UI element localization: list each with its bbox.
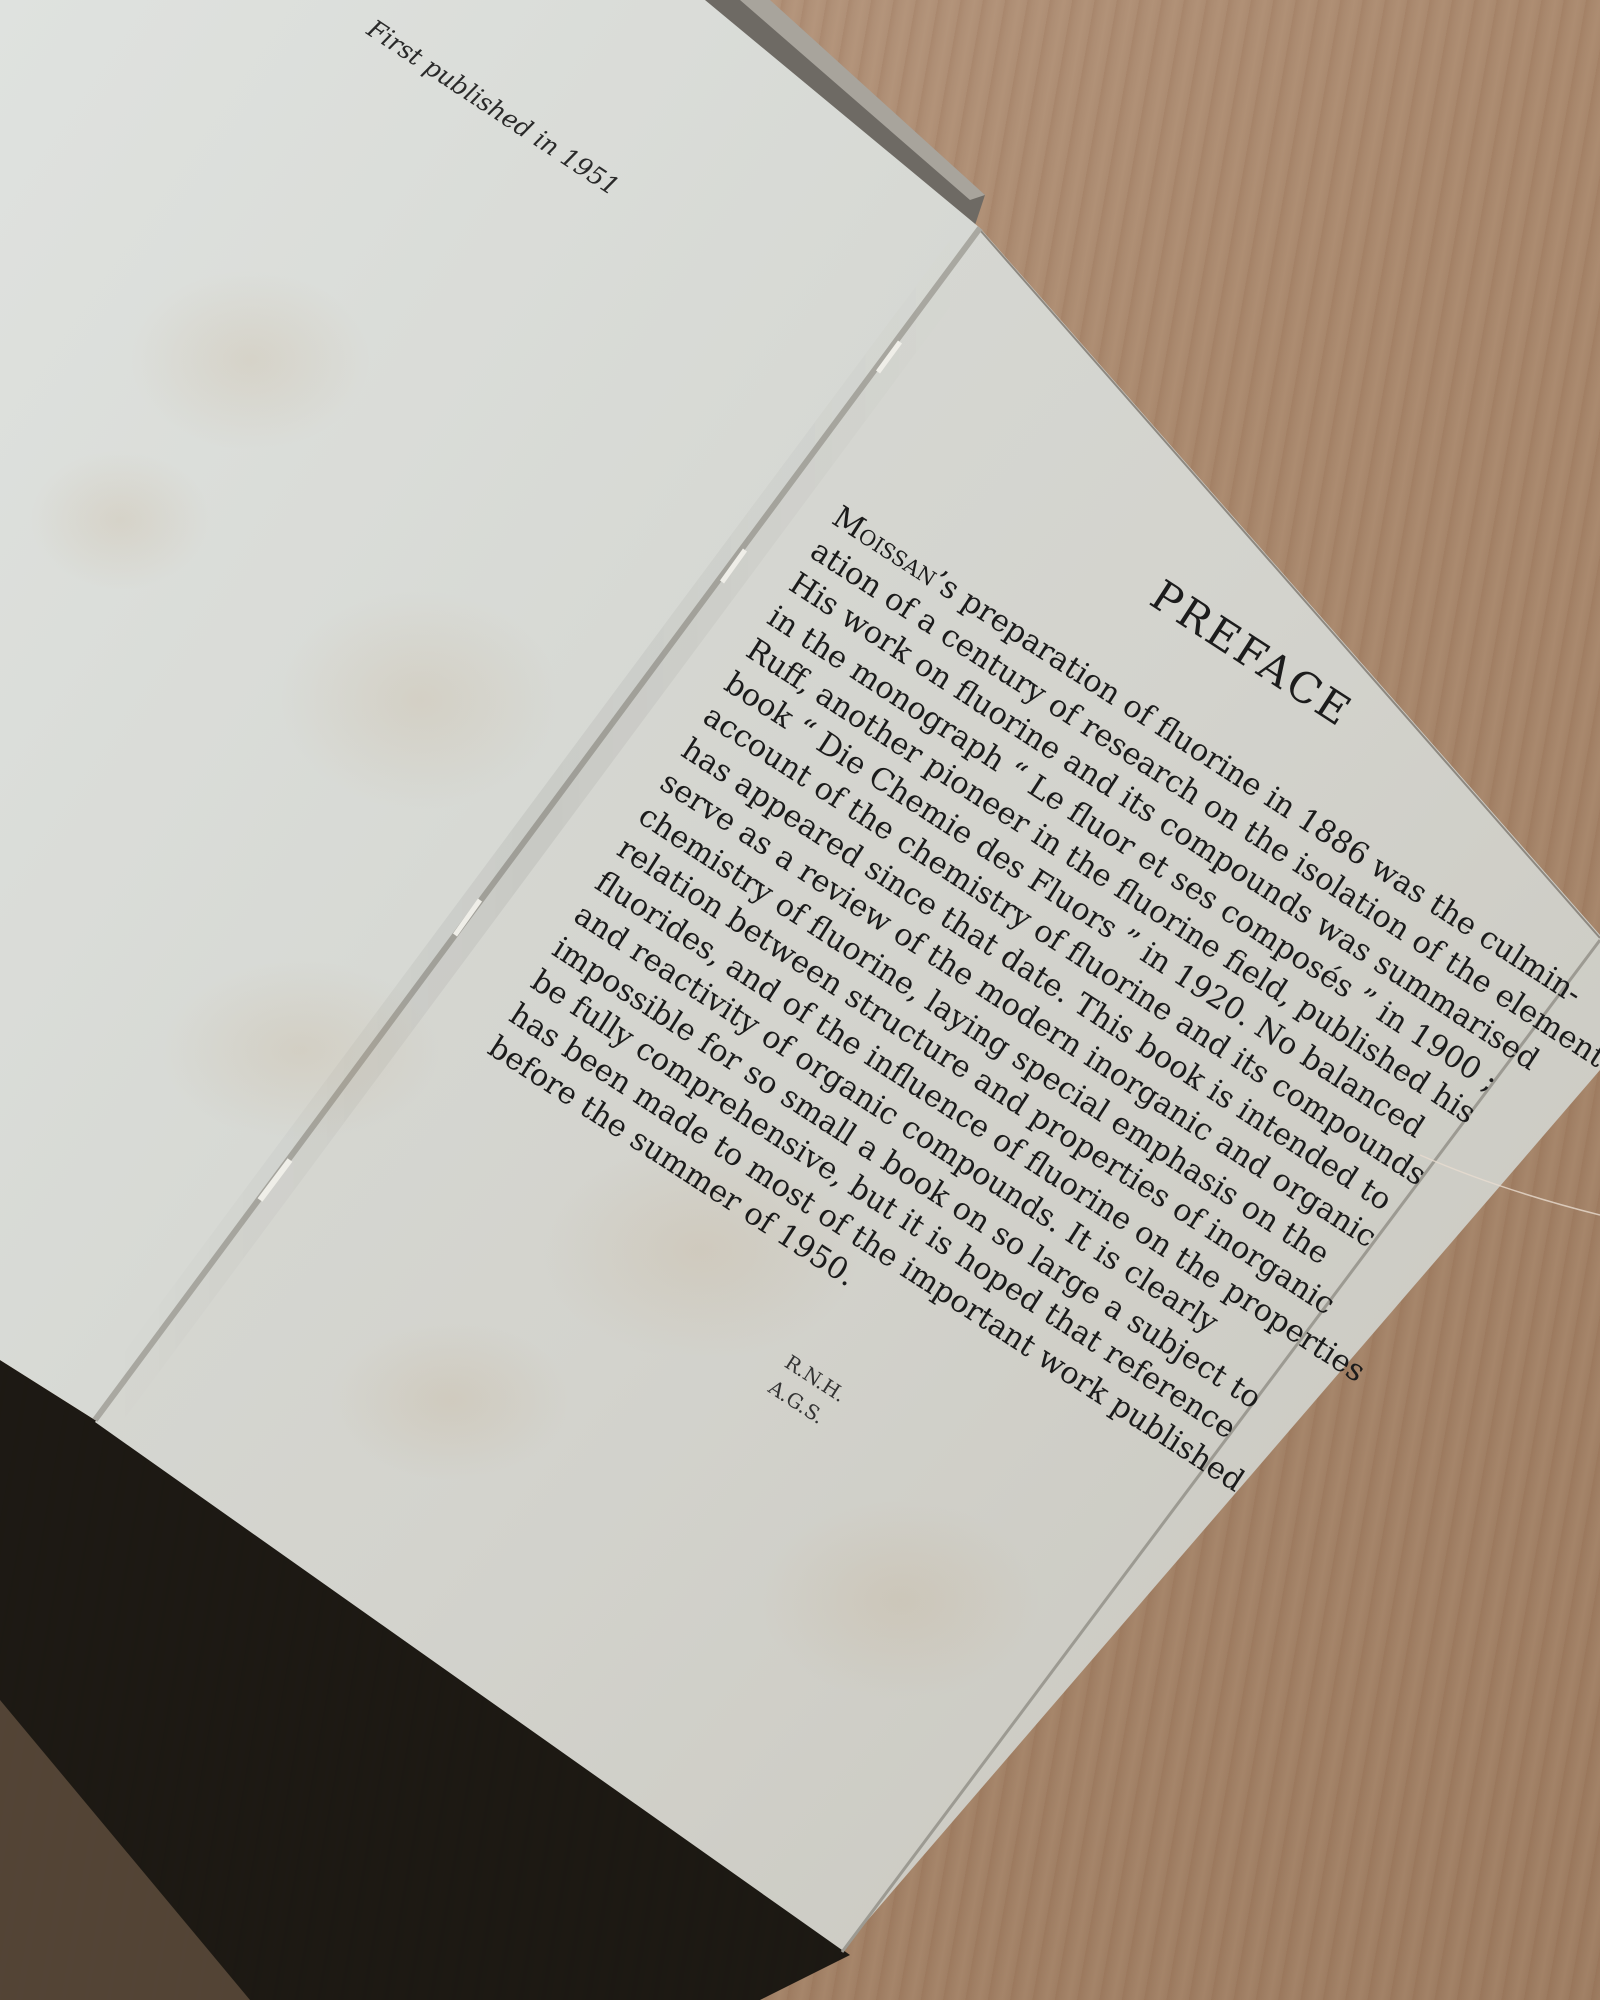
book-photo-scene: First published in 1951 PREFACE Moissan’… xyxy=(0,0,1600,2000)
